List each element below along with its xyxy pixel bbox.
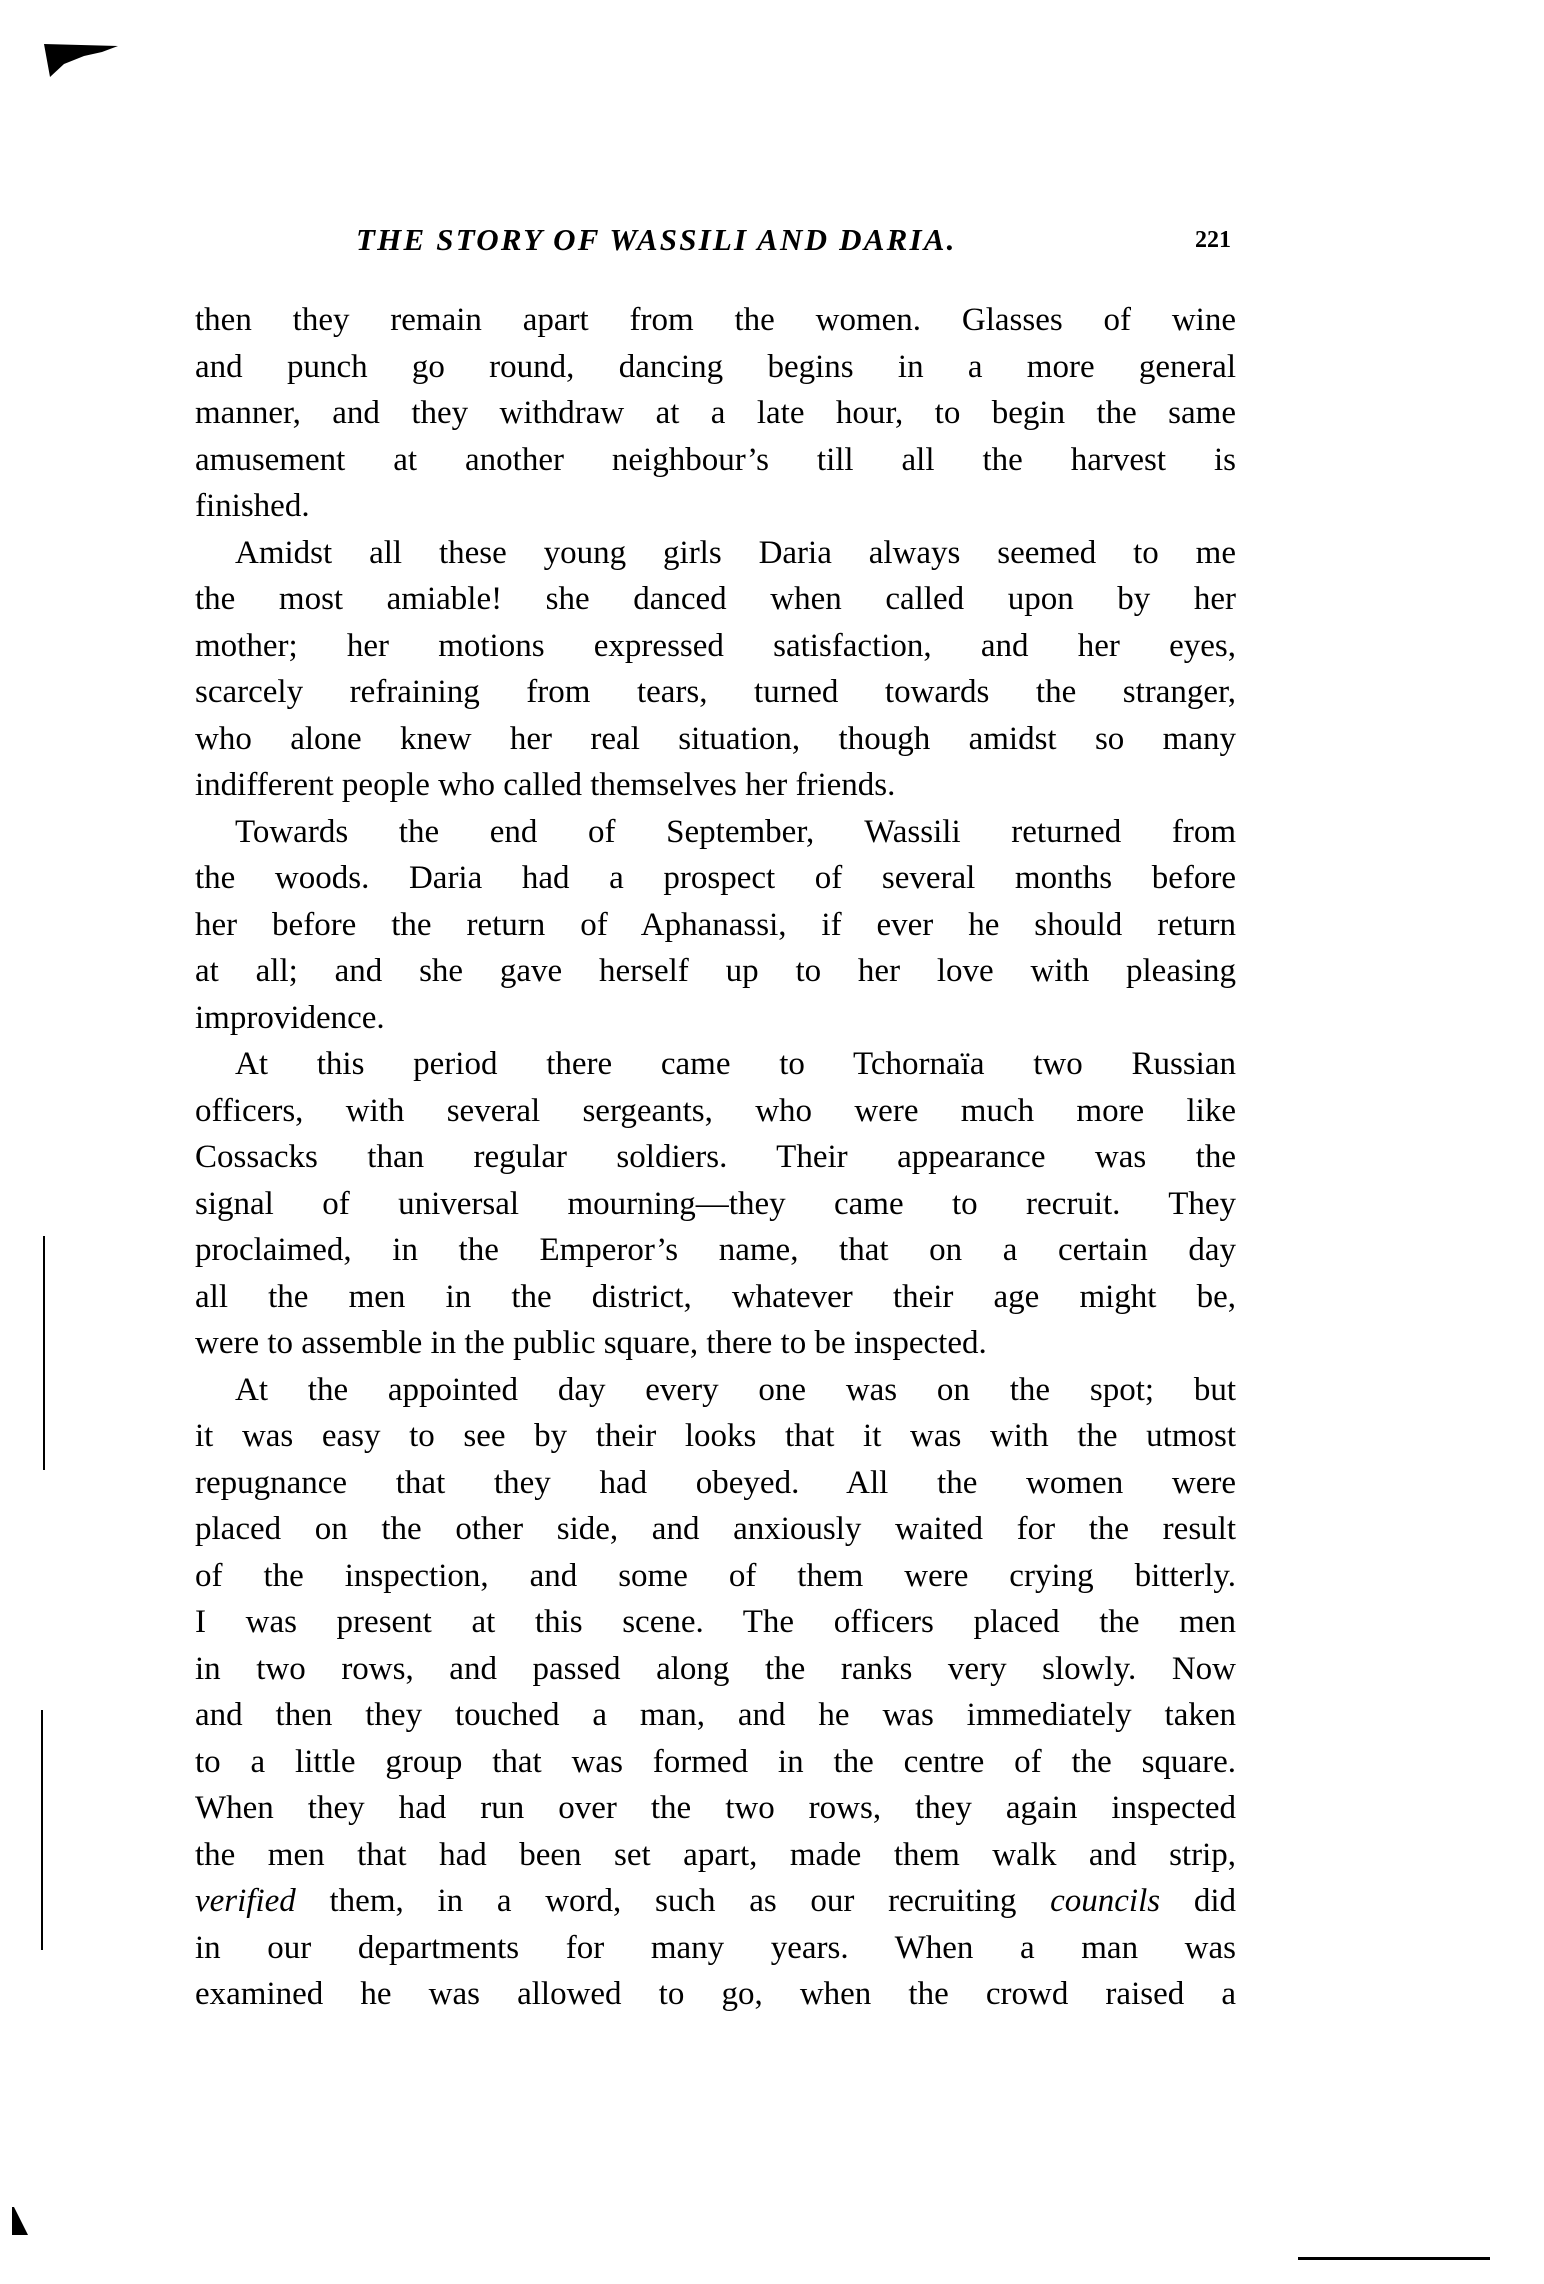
text-line: amusement at another neighbour’s till al… bbox=[195, 437, 1236, 484]
text-line: I was present at this scene. The officer… bbox=[195, 1599, 1236, 1646]
text-line: At the appointed day every one was on th… bbox=[195, 1367, 1236, 1414]
text-line: placed on the other side, and anxiously … bbox=[195, 1506, 1236, 1553]
text-line: Cossacks than regular soldiers. Their ap… bbox=[195, 1134, 1236, 1181]
text-line: the men that had been set apart, made th… bbox=[195, 1832, 1236, 1879]
text-line: the woods. Daria had a prospect of sever… bbox=[195, 855, 1236, 902]
text-line: who alone knew her real situation, thoug… bbox=[195, 716, 1236, 763]
text-line: Towards the end of September, Wassili re… bbox=[195, 809, 1236, 856]
margin-line bbox=[41, 1710, 43, 1950]
text-line: signal of universal mourning—they came t… bbox=[195, 1181, 1236, 1228]
running-head-title: THE STORY OF WASSILI AND DARIA. bbox=[356, 222, 957, 258]
text-line: officers, with several sergeants, who we… bbox=[195, 1088, 1236, 1135]
scanned-book-page: THE STORY OF WASSILI AND DARIA. 221 then… bbox=[0, 0, 1544, 2284]
text-line: and punch go round, dancing begins in a … bbox=[195, 344, 1236, 391]
text-line: to a little group that was formed in the… bbox=[195, 1739, 1236, 1786]
text-line: scarcely refraining from tears, turned t… bbox=[195, 669, 1236, 716]
page-number: 221 bbox=[1195, 226, 1231, 254]
text-line: mother; her motions expressed satisfacti… bbox=[195, 623, 1236, 670]
corner-flag-icon bbox=[44, 44, 118, 77]
text-line: in two rows, and passed along the ranks … bbox=[195, 1646, 1236, 1693]
text-line: the most amiable! she danced when called… bbox=[195, 576, 1236, 623]
body-text: then they remain apart from the women. G… bbox=[195, 297, 1236, 2018]
margin-line bbox=[43, 1236, 45, 1470]
text-line: indifferent people who called themselves… bbox=[195, 762, 1236, 809]
paragraph: then they remain apart from the women. G… bbox=[195, 297, 1236, 530]
corner-flag-icon bbox=[12, 2207, 28, 2235]
text-line: in our departments for many years. When … bbox=[195, 1925, 1236, 1972]
italic-word: verified bbox=[195, 1883, 296, 1919]
text-line: finished. bbox=[195, 483, 1236, 530]
text-line: all the men in the district, whatever th… bbox=[195, 1274, 1236, 1321]
text-line: her before the return of Aphanassi, if e… bbox=[195, 902, 1236, 949]
text-segment: did bbox=[1160, 1883, 1236, 1919]
text-line: repugnance that they had obeyed. All the… bbox=[195, 1460, 1236, 1507]
text-line: improvidence. bbox=[195, 995, 1236, 1042]
text-line: verified them, in a word, such as our re… bbox=[195, 1878, 1236, 1925]
text-line: it was easy to see by their looks that i… bbox=[195, 1413, 1236, 1460]
text-line: manner, and they withdraw at a late hour… bbox=[195, 390, 1236, 437]
italic-word: councils bbox=[1050, 1883, 1160, 1919]
bottom-rule bbox=[1298, 2257, 1490, 2260]
paragraph: Towards the end of September, Wassili re… bbox=[195, 809, 1236, 1042]
text-line: Amidst all these young girls Daria alway… bbox=[195, 530, 1236, 577]
text-segment: them, in a word, such as our recruiting bbox=[296, 1883, 1050, 1919]
text-line: of the inspection, and some of them were… bbox=[195, 1553, 1236, 1600]
text-line: proclaimed, in the Emperor’s name, that … bbox=[195, 1227, 1236, 1274]
text-line: When they had run over the two rows, the… bbox=[195, 1785, 1236, 1832]
text-line: and then they touched a man, and he was … bbox=[195, 1692, 1236, 1739]
text-line: then they remain apart from the women. G… bbox=[195, 297, 1236, 344]
text-line: examined he was allowed to go, when the … bbox=[195, 1971, 1236, 2018]
text-line: At this period there came to Tchornaïa t… bbox=[195, 1041, 1236, 1088]
running-head: THE STORY OF WASSILI AND DARIA. 221 bbox=[356, 222, 1241, 258]
text-line: at all; and she gave herself up to her l… bbox=[195, 948, 1236, 995]
paragraph: At the appointed day every one was on th… bbox=[195, 1367, 1236, 2018]
paragraph: At this period there came to Tchornaïa t… bbox=[195, 1041, 1236, 1367]
paragraph: Amidst all these young girls Daria alway… bbox=[195, 530, 1236, 809]
text-line: were to assemble in the public square, t… bbox=[195, 1320, 1236, 1367]
